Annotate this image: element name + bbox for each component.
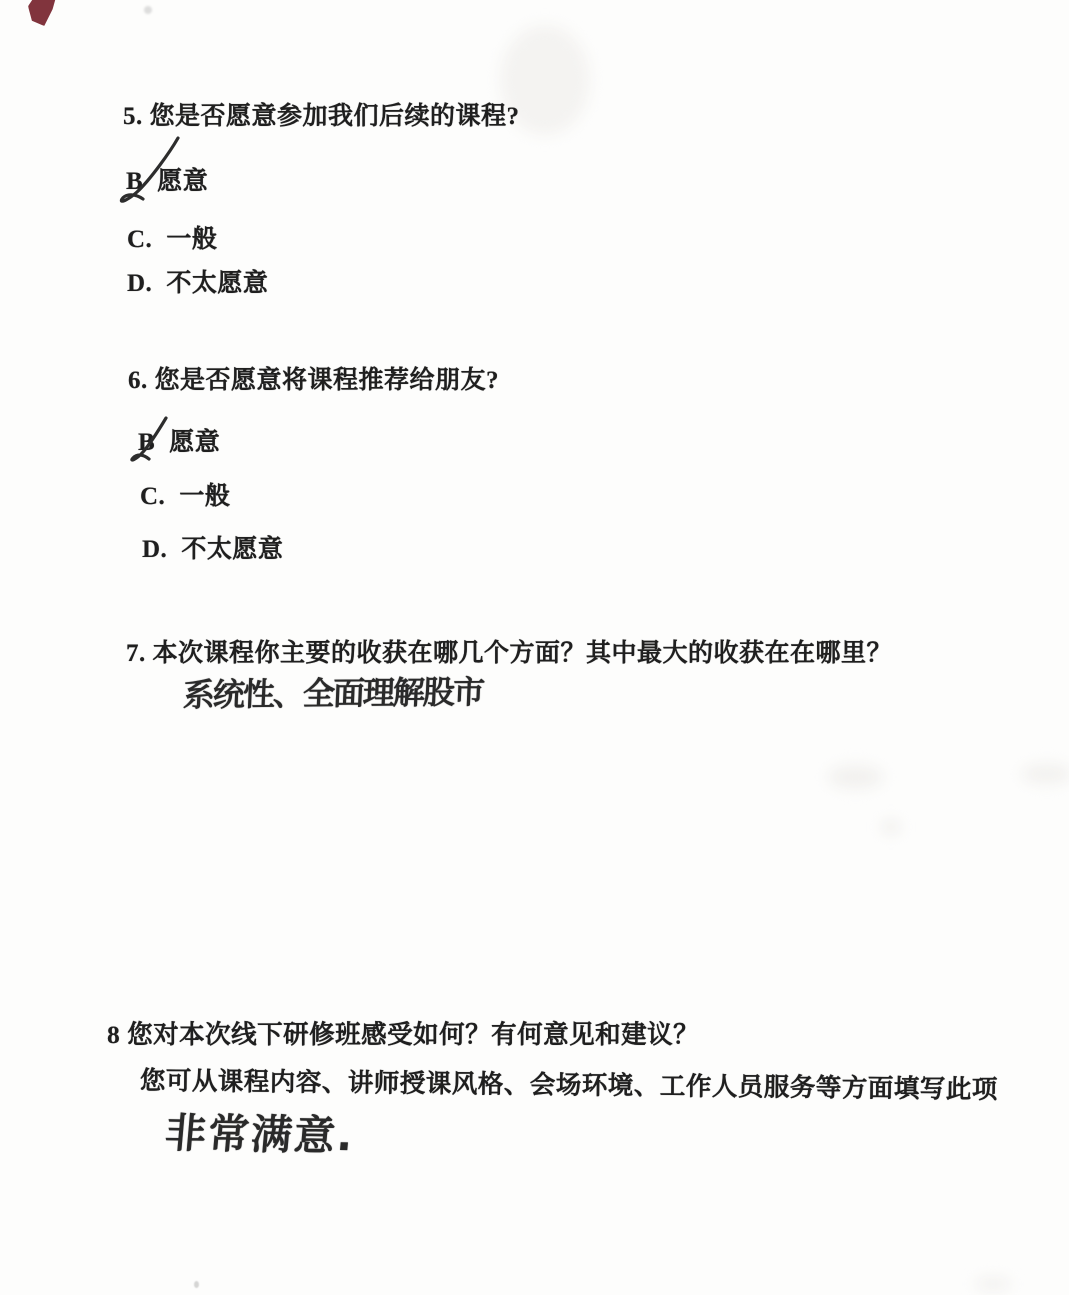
question-8-hint: 您可从课程内容、讲师授课风格、会场环境、工作人员服务等方面填写此项: [140, 1066, 998, 1104]
question-6-option-b: B 愿意: [138, 429, 220, 458]
question-5-title: 5. 您是否愿意参加我们后续的课程?: [123, 103, 520, 132]
option-text: 不太愿意: [181, 536, 283, 565]
red-stamp-fragment: [28, 0, 56, 26]
option-letter: C.: [140, 483, 165, 512]
question-5-option-b: B 愿意: [126, 168, 208, 197]
scan-smudge: [828, 765, 883, 789]
question-5-option-c: C. 一般: [127, 226, 217, 255]
question-6-title: 6. 您是否愿意将课程推荐给朋友?: [128, 367, 499, 396]
option-text: 愿意: [157, 168, 208, 197]
option-text: 不太愿意: [166, 270, 268, 299]
option-letter: D.: [127, 270, 152, 299]
scan-speck: [194, 1281, 199, 1288]
option-letter: B: [138, 429, 155, 458]
option-letter: D.: [142, 536, 167, 565]
question-8-title: 8 您对本次线下研修班感受如何？有何意见和建议？: [107, 1020, 699, 1049]
question-6-option-c: C. 一般: [140, 483, 230, 512]
option-text: 一般: [166, 226, 217, 255]
question-8-handwritten-answer: 非常满意.: [163, 1100, 358, 1162]
scan-smudge: [975, 1278, 1011, 1290]
scanned-questionnaire-page: 5. 您是否愿意参加我们后续的课程? B 愿意 C. 一般 D. 不太愿意 6.…: [0, 0, 1069, 1295]
option-letter: B: [126, 168, 143, 197]
scan-speck: [144, 6, 152, 14]
question-7-handwritten-answer: 系统性、全面理解股市: [182, 667, 484, 716]
scan-smudge: [1022, 764, 1069, 784]
option-text: 愿意: [169, 429, 220, 458]
question-5-option-d: D. 不太愿意: [127, 270, 268, 299]
question-7-title: 7. 本次课程你主要的收获在哪几个方面？其中最大的收获在在哪里？: [126, 640, 892, 669]
question-6-option-d: D. 不太愿意: [142, 536, 283, 565]
scan-smudge: [882, 820, 900, 834]
option-letter: C.: [127, 226, 152, 255]
option-text: 一般: [179, 483, 230, 512]
